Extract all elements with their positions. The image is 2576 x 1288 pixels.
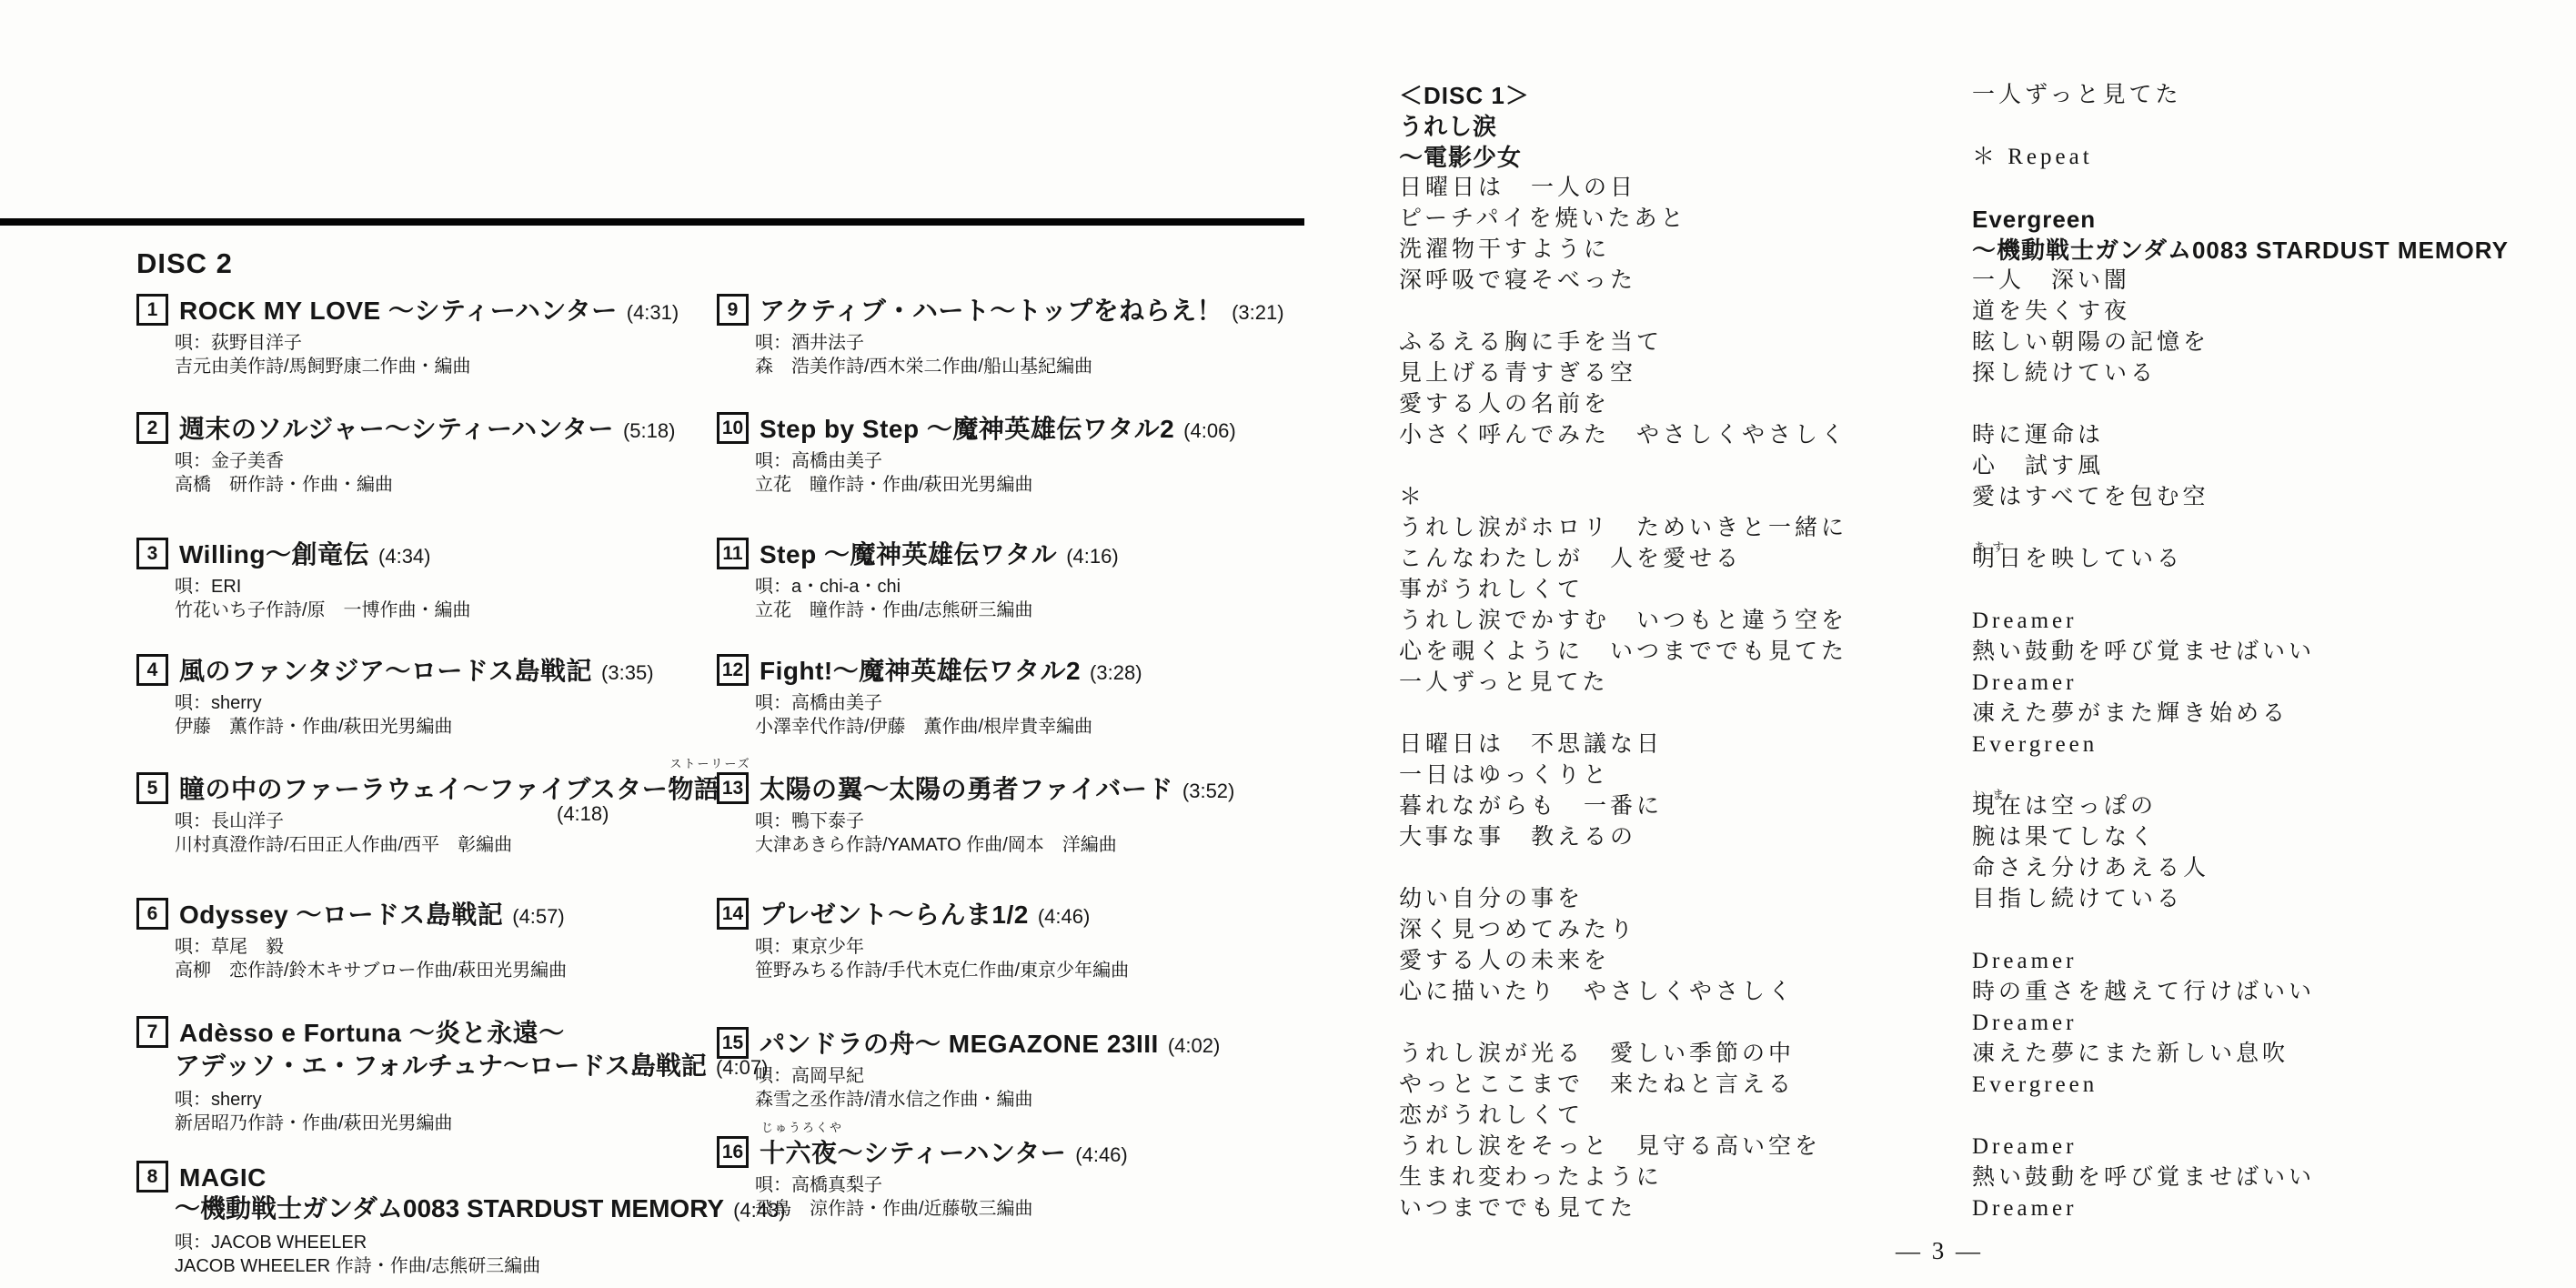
track-credits: JACOB WHEELER 作詩・作曲/志熊研三編曲: [175, 1254, 737, 1278]
track-entry: 2週末のソルジャー〜シティーハンター(5:18) 唄：金子美香 高橋 研作詩・作…: [136, 409, 737, 497]
track-title-line: 9アクティブ・ハート〜トップをねらえ！(3:21): [717, 291, 1317, 327]
track-duration: (4:31): [627, 301, 679, 324]
track-credits: 新居昭乃作詩・作曲/萩田光男編曲: [175, 1112, 737, 1135]
track-title-line: 4風のファンタジア〜ロードス島戦記(3:35): [136, 651, 737, 688]
track-duration: (3:21): [1232, 301, 1283, 324]
track-credits: 立花 瞳作詩・作曲/萩田光男編曲: [755, 473, 1317, 497]
track-credits: 高橋 研作詩・作曲・編曲: [175, 473, 737, 497]
lyric-stanza: ＊ Repeat: [1972, 142, 2536, 173]
lyric-stanza: ＜DISC 1＞うれし涙〜電影少女日曜日は 一人の日ピーチパイを焼いたあと洗濯物…: [1399, 80, 1963, 297]
track-number-badge: 14: [717, 898, 749, 930]
track-credits: 伊藤 薫作詩・作曲/萩田光男編曲: [175, 715, 737, 739]
track-number-badge: 5: [136, 772, 168, 804]
track-credits: 飛鳥 涼作詩・作曲/近藤敬三編曲: [755, 1197, 1317, 1221]
track-credits: 笹野みちる作詩/手代木克仁作曲/東京少年編曲: [755, 959, 1317, 982]
track-credits: 川村真澄作詩/石田正人作曲/西平 彰編曲: [175, 833, 737, 857]
lyric-line: 探し続けている: [1972, 358, 2536, 389]
lyric-line: Dreamer: [1972, 1132, 2536, 1162]
lyric-line: Evergreen: [1972, 730, 2536, 760]
booklet-spread: DISC 2 1ROCK MY LOVE 〜シティーハンター(4:31) 唄：荻…: [0, 0, 2576, 1288]
track-entry: 10Step by Step 〜魔神英雄伝ワタル2(4:06) 唄：高橋由美子 …: [717, 409, 1317, 497]
lyric-line: Dreamer: [1972, 1008, 2536, 1039]
lyric-line: こんなわたしが 人を愛せる: [1399, 544, 1963, 575]
lyric-stanza: 日曜日は 不思議な日一日はゆっくりと暮れながらも 一番に大事な事 教えるの: [1399, 730, 1963, 853]
track-entry: 1ROCK MY LOVE 〜シティーハンター(4:31) 唄：荻野目洋子 吉元…: [136, 291, 737, 378]
track-title: パンドラの舟〜 MEGAZONE 23III(4:02): [760, 1030, 1220, 1058]
track-duration: (3:35): [601, 661, 653, 684]
lyric-line: 眩しい朝陽の記憶を: [1972, 327, 2536, 358]
track-number-badge: 9: [717, 294, 749, 326]
lyric-line: うれし涙が光る 愛しい季節の中: [1399, 1039, 1963, 1070]
lyric-song-title: Evergreen: [1972, 204, 2536, 235]
track-title-line: 11Step 〜魔神英雄伝ワタル(4:16): [717, 535, 1317, 571]
lyric-line: 心 試す風: [1972, 451, 2536, 482]
track-vocalist: 唄：草尾 毅: [175, 935, 737, 959]
lyric-line: 腕は果てしなく: [1972, 822, 2536, 853]
track-vocalist: 唄：荻野目洋子: [175, 331, 737, 355]
ruby-text: あ す: [1974, 532, 2006, 563]
track-number-badge: 6: [136, 898, 168, 930]
track-entry: 5瞳の中のファーラウェイ〜ファイブスターストーリーズ物語 (4:18) 唄：長山…: [136, 770, 737, 857]
lyric-stanza: Evergreen〜機動戦士ガンダム0083 STARDUST MEMORY一人…: [1972, 204, 2536, 389]
lyric-line: 愛する人の名前を: [1399, 389, 1963, 420]
track-title: Willing〜創竜伝(4:34): [179, 540, 431, 569]
track-title-line: 7Adèsso e Fortuna 〜炎と永遠〜: [136, 1013, 737, 1050]
lyric-stanza: Dreamer時の重さを越えて行けばいいDreamer凍えた夢にまた新しい息吹E…: [1972, 946, 2536, 1101]
lyric-line: ピーチパイを焼いたあと: [1399, 204, 1963, 235]
track-title: Odyssey 〜ロードス島戦記(4:57): [179, 901, 565, 929]
track-title-line: 16じゅうろくや十六夜〜シティーハンター(4:46): [717, 1133, 1317, 1170]
track-title-text: プレゼント〜らんま1/2: [760, 901, 1029, 929]
lyric-song-title: うれし涙: [1399, 111, 1963, 142]
track-entry: 3Willing〜創竜伝(4:34) 唄：ERI 竹花いち子作詩/原 一博作曲・…: [136, 535, 737, 622]
track-vocalist: 唄：高橋真梨子: [755, 1173, 1317, 1197]
lyrics-column-2: 一人ずっと見てた＊ RepeatEvergreen〜機動戦士ガンダム0083 S…: [1972, 80, 2536, 1255]
track-title-line: 3Willing〜創竜伝(4:34): [136, 535, 737, 571]
lyric-line: いつまででも見てた: [1399, 1193, 1963, 1224]
track-title: 週末のソルジャー〜シティーハンター(5:18): [179, 415, 675, 443]
lyric-line: Dreamer: [1972, 1193, 2536, 1224]
track-title: Step by Step 〜魔神英雄伝ワタル2(4:06): [760, 415, 1236, 443]
track-entry: 13太陽の翼〜太陽の勇者ファイバード(3:52) 唄：鴨下泰子 大津あきら作詩/…: [717, 770, 1317, 857]
track-number-badge: 16: [717, 1136, 749, 1168]
track-vocalist: 唄：高橋由美子: [755, 449, 1317, 473]
track-vocalist: 唄：酒井法子: [755, 331, 1317, 355]
track-title-text: 瞳の中のファーラウェイ〜ファイブスター: [179, 775, 668, 803]
track-title: プレゼント〜らんま1/2(4:46): [760, 901, 1090, 929]
track-title-line: 2週末のソルジャー〜シティーハンター(5:18): [136, 409, 737, 446]
lyric-line: 事がうれしくて: [1399, 575, 1963, 606]
track-duration: (4:46): [1075, 1143, 1127, 1166]
lyric-line: 見上げる青すぎる空: [1399, 358, 1963, 389]
lyric-line: Dreamer: [1972, 606, 2536, 637]
track-title: Adèsso e Fortuna 〜炎と永遠〜: [179, 1019, 565, 1047]
track-entry: 6Odyssey 〜ロードス島戦記(4:57) 唄：草尾 毅 高柳 恋作詩/鈴木…: [136, 895, 737, 982]
lyric-line: 恋がうれしくて: [1399, 1101, 1963, 1132]
track-list-column-1: 1ROCK MY LOVE 〜シティーハンター(4:31) 唄：荻野目洋子 吉元…: [136, 0, 737, 1288]
track-title-line2: 〜機動戦士ガンダム0083 STARDUST MEMORY(4:43): [175, 1192, 737, 1227]
track-vocalist: 唄：鴨下泰子: [755, 810, 1317, 833]
lyric-line: 熱い鼓動を呼び覚ませばいい: [1972, 637, 2536, 668]
track-title-line: 1ROCK MY LOVE 〜シティーハンター(4:31): [136, 291, 737, 327]
track-title: Step 〜魔神英雄伝ワタル(4:16): [760, 540, 1119, 569]
lyric-stanza: Dreamer熱い鼓動を呼び覚ませばいいDreamer凍えた夢がまた輝き始めるE…: [1972, 606, 2536, 760]
track-title: アクティブ・ハート〜トップをねらえ！(3:21): [760, 297, 1284, 325]
track-number-badge: 2: [136, 412, 168, 444]
lyric-line: Evergreen: [1972, 1070, 2536, 1101]
track-title-line: 8MAGIC: [136, 1161, 737, 1192]
lyric-line: 愛する人の未来を: [1399, 946, 1963, 977]
track-title-line: 12Fight!〜魔神英雄伝ワタル2(3:28): [717, 651, 1317, 688]
track-entry: 12Fight!〜魔神英雄伝ワタル2(3:28) 唄：高橋由美子 小澤幸代作詩/…: [717, 651, 1317, 739]
track-duration: (3:28): [1090, 661, 1142, 684]
track-credits: 高柳 恋作詩/鈴木キサブロー作曲/萩田光男編曲: [175, 959, 737, 982]
track-title-text: アクティブ・ハート〜トップをねらえ！: [760, 297, 1223, 325]
track-title-text: ROCK MY LOVE 〜シティーハンター: [179, 297, 618, 325]
lyric-line: 時に運命は: [1972, 420, 2536, 451]
lyric-line: Dreamer: [1972, 946, 2536, 977]
track-title-text: Step 〜魔神英雄伝ワタル: [760, 540, 1057, 569]
track-entry: 16じゅうろくや十六夜〜シティーハンター(4:46) 唄：高橋真梨子 飛鳥 涼作…: [717, 1133, 1317, 1221]
track-title-text: 風のファンタジア〜ロードス島戦記: [179, 657, 592, 685]
lyric-line: 愛はすべてを包む空: [1972, 482, 2536, 513]
booklet-scan-page: { "page_number": "— 3 —", "disc2": { "he…: [0, 0, 2576, 1288]
lyric-line: ＊: [1399, 482, 1963, 513]
lyric-line: Dreamer: [1972, 668, 2536, 699]
lyric-stanza: 幼い自分の事を深く見つめてみたり愛する人の未来を心に描いたり やさしくやさしく: [1399, 884, 1963, 1008]
lyric-line: 熱い鼓動を呼び覚ませばいい: [1972, 1162, 2536, 1193]
lyrics-column-1: ＜DISC 1＞うれし涙〜電影少女日曜日は 一人の日ピーチパイを焼いたあと洗濯物…: [1399, 80, 1963, 1255]
lyric-line: 道を失くす夜: [1972, 297, 2536, 327]
track-duration: (4:46): [1038, 905, 1090, 928]
lyric-song-title: 〜電影少女: [1399, 142, 1963, 173]
track-vocalist: 唄：sherry: [175, 691, 737, 715]
track-title: 太陽の翼〜太陽の勇者ファイバード(3:52): [760, 775, 1234, 803]
lyric-line: 深呼吸で寝そべった: [1399, 266, 1963, 297]
track-number-badge: 11: [717, 538, 749, 569]
lyric-line: 洗濯物干すように: [1399, 235, 1963, 266]
lyric-line: 日曜日は 一人の日: [1399, 173, 1963, 204]
lyric-line: 大事な事 教えるの: [1399, 822, 1963, 853]
track-duration: (4:18): [557, 802, 609, 826]
ruby-annotation: じゅうろくや十六夜: [760, 1133, 838, 1170]
track-title: ROCK MY LOVE 〜シティーハンター(4:31): [179, 297, 679, 325]
ruby-annotation: ストーリーズ物語: [668, 770, 719, 806]
lyric-line: やっとここまで 来たねと言える: [1399, 1070, 1963, 1101]
track-title-text: Willing〜創竜伝: [179, 540, 369, 569]
track-title-line: 10Step by Step 〜魔神英雄伝ワタル2(4:06): [717, 409, 1317, 446]
ruby-text: い ま: [1974, 780, 2006, 810]
track-duration: (4:34): [378, 545, 430, 568]
lyric-stanza: Dreamer熱い鼓動を呼び覚ませばいいDreamer: [1972, 1132, 2536, 1224]
lyric-line: 暮れながらも 一番に: [1399, 791, 1963, 822]
track-vocalist: 唄：東京少年: [755, 935, 1317, 959]
track-number-badge: 1: [136, 294, 168, 326]
lyric-song-title: 〜機動戦士ガンダム0083 STARDUST MEMORY: [1972, 235, 2536, 266]
track-entry: 9アクティブ・ハート〜トップをねらえ！(3:21) 唄：酒井法子 森 浩美作詩/…: [717, 291, 1317, 378]
ruby-text: じゅうろくや: [761, 1118, 843, 1135]
lyric-line: 心を覗くように いつまででも見てた: [1399, 637, 1963, 668]
lyric-stanza: 一人ずっと見てた: [1972, 80, 2536, 111]
track-entry: 7Adèsso e Fortuna 〜炎と永遠〜 アデッソ・エ・フォルチュナ〜ロ…: [136, 1013, 737, 1135]
ruby-annotation: い ま現在: [1972, 791, 2025, 822]
track-number-badge: 7: [136, 1016, 168, 1048]
track-title-text: MAGIC: [179, 1163, 267, 1192]
track-title: じゅうろくや十六夜〜シティーハンター(4:46): [760, 1139, 1128, 1167]
track-title: 瞳の中のファーラウェイ〜ファイブスターストーリーズ物語: [179, 775, 719, 803]
lyric-line: 命さえ分けあえる人: [1972, 853, 2536, 884]
lyric-line: 小さく呼んでみた やさしくやさしく: [1399, 420, 1963, 451]
lyric-song-title: ＜DISC 1＞: [1399, 80, 1963, 111]
track-vocalist: 唄：JACOB WHEELER: [175, 1231, 737, 1254]
track-entry: 15パンドラの舟〜 MEGAZONE 23III(4:02) 唄：高岡早紀 森雪…: [717, 1024, 1317, 1112]
track-subtitle-text: 〜機動戦士ガンダム0083 STARDUST MEMORY: [175, 1194, 724, 1223]
track-credits: 森雪之丞作詩/清水信之作曲・編曲: [755, 1088, 1317, 1112]
track-vocalist: 唄：sherry: [175, 1088, 737, 1112]
track-credits: 立花 瞳作詩・作曲/志熊研三編曲: [755, 599, 1317, 622]
track-credits: 大津あきら作詩/YAMATO 作曲/岡本 洋編曲: [755, 833, 1317, 857]
track-title: MAGIC: [179, 1163, 267, 1192]
lyric-line: 深く見つめてみたり: [1399, 915, 1963, 946]
lyric-line: うれし涙をそっと 見守る高い空を: [1399, 1132, 1963, 1162]
ruby-base: 十六夜: [760, 1139, 838, 1167]
track-number-badge: 10: [717, 412, 749, 444]
track-title-text: Odyssey 〜ロードス島戦記: [179, 901, 503, 929]
track-list-column-2: 9アクティブ・ハート〜トップをねらえ！(3:21) 唄：酒井法子 森 浩美作詩/…: [717, 0, 1317, 1288]
track-title-line: 15パンドラの舟〜 MEGAZONE 23III(4:02): [717, 1024, 1317, 1061]
track-duration: (4:57): [512, 905, 564, 928]
lyric-line: あ す明日を映している: [1972, 544, 2536, 575]
track-vocalist: 唄：ERI: [175, 575, 737, 599]
track-title: Fight!〜魔神英雄伝ワタル2(3:28): [760, 657, 1142, 685]
track-title-line: 14プレゼント〜らんま1/2(4:46): [717, 895, 1317, 931]
lyric-line: 日曜日は 不思議な日: [1399, 730, 1963, 760]
lyric-line: ＊ Repeat: [1972, 142, 2536, 173]
track-vocalist: 唄：長山洋子: [175, 810, 737, 833]
lyric-stanza: い ま現在は空っぽの腕は果てしなく命さえ分けあえる人目指し続けている: [1972, 791, 2536, 915]
track-title-line2: アデッソ・エ・フォルチュナ〜ロードス島戦記(4:07): [175, 1050, 737, 1084]
lyric-line: 一人ずっと見てた: [1972, 80, 2536, 111]
track-title-text: 週末のソルジャー〜シティーハンター: [179, 415, 614, 443]
track-duration: (4:06): [1183, 419, 1235, 442]
track-vocalist: 唄：高橋由美子: [755, 691, 1317, 715]
lyric-line: い ま現在は空っぽの: [1972, 791, 2536, 822]
lyric-line: 凍えた夢にまた新しい息吹: [1972, 1039, 2536, 1070]
track-title-line: 5瞳の中のファーラウェイ〜ファイブスターストーリーズ物語: [136, 770, 737, 806]
track-entry: 8MAGIC 〜機動戦士ガンダム0083 STARDUST MEMORY(4:4…: [136, 1161, 737, 1278]
lyric-stanza: うれし涙が光る 愛しい季節の中やっとここまで 来たねと言える恋がうれしくてうれし…: [1399, 1039, 1963, 1224]
track-credits: 小澤幸代作詩/伊藤 薫作曲/根岸貴幸編曲: [755, 715, 1317, 739]
lyric-line: 時の重さを越えて行けばいい: [1972, 977, 2536, 1008]
lyric-line: 一人 深い闇: [1972, 266, 2536, 297]
track-title-line: 6Odyssey 〜ロードス島戦記(4:57): [136, 895, 737, 931]
lyric-line: 凍えた夢がまた輝き始める: [1972, 699, 2536, 730]
track-number-badge: 13: [717, 772, 749, 804]
track-duration: (5:18): [623, 419, 675, 442]
lyric-line: 一人ずっと見てた: [1399, 668, 1963, 699]
track-credits: 吉元由美作詩/馬飼野康二作曲・編曲: [175, 355, 737, 378]
ruby-base: 物語: [668, 775, 719, 803]
track-title-text: Step by Step 〜魔神英雄伝ワタル2: [760, 415, 1174, 443]
track-credits: 竹花いち子作詩/原 一博作曲・編曲: [175, 599, 737, 622]
lyric-line: うれし涙でかすむ いつもと違う空を: [1399, 606, 1963, 637]
track-title-text: Adèsso e Fortuna 〜炎と永遠〜: [179, 1019, 565, 1047]
track-number-badge: 8: [136, 1161, 168, 1192]
lyric-line: うれし涙がホロリ ためいきと一緒に: [1399, 513, 1963, 544]
track-duration: (4:02): [1168, 1034, 1220, 1057]
lyric-stanza: ふるえる胸に手を当て見上げる青すぎる空愛する人の名前を小さく呼んでみた やさしく…: [1399, 327, 1963, 451]
track-number-badge: 15: [717, 1027, 749, 1059]
lyric-line: 生まれ変わったように: [1399, 1162, 1963, 1193]
lyric-line: ふるえる胸に手を当て: [1399, 327, 1963, 358]
page-number: — 3 —: [1841, 1237, 2038, 1265]
track-credits: 森 浩美作詩/西木栄二作曲/船山基紀編曲: [755, 355, 1317, 378]
track-title-line: 13太陽の翼〜太陽の勇者ファイバード(3:52): [717, 770, 1317, 806]
lyric-stanza: ＊うれし涙がホロリ ためいきと一緒にこんなわたしが 人を愛せる事がうれしくてうれ…: [1399, 482, 1963, 699]
track-vocalist: 唄：高岡早紀: [755, 1064, 1317, 1088]
ruby-annotation: あ す明日: [1972, 544, 2025, 575]
track-duration: (3:52): [1182, 780, 1234, 802]
track-entry: 14プレゼント〜らんま1/2(4:46) 唄：東京少年 笹野みちる作詩/手代木克…: [717, 895, 1317, 982]
lyric-line: 心に描いたり やさしくやさしく: [1399, 977, 1963, 1008]
track-title: 風のファンタジア〜ロードス島戦記(3:35): [179, 657, 654, 685]
lyric-line: 目指し続けている: [1972, 884, 2536, 915]
lyric-line: 幼い自分の事を: [1399, 884, 1963, 915]
lyric-stanza: 時に運命は心 試す風愛はすべてを包む空: [1972, 420, 2536, 513]
track-number-badge: 12: [717, 654, 749, 686]
track-vocalist: 唄：a・chi-a・chi: [755, 575, 1317, 599]
track-subtitle-text: アデッソ・エ・フォルチュナ〜ロードス島戦記: [175, 1052, 707, 1080]
track-entry: 4風のファンタジア〜ロードス島戦記(3:35) 唄：sherry 伊藤 薫作詩・…: [136, 651, 737, 739]
track-title-text: 〜シティーハンター: [838, 1139, 1067, 1167]
track-title-text: 太陽の翼〜太陽の勇者ファイバード: [760, 775, 1173, 803]
lyric-line: 一日はゆっくりと: [1399, 760, 1963, 791]
lyric-stanza: あ す明日を映している: [1972, 544, 2536, 575]
track-number-badge: 4: [136, 654, 168, 686]
track-entry: 11Step 〜魔神英雄伝ワタル(4:16) 唄：a・chi-a・chi 立花 …: [717, 535, 1317, 622]
track-title-text: パンドラの舟〜 MEGAZONE 23III: [760, 1030, 1159, 1058]
track-vocalist: 唄：金子美香: [175, 449, 737, 473]
track-duration: (4:16): [1066, 545, 1118, 568]
track-number-badge: 3: [136, 538, 168, 569]
track-title-text: Fight!〜魔神英雄伝ワタル2: [760, 657, 1081, 685]
